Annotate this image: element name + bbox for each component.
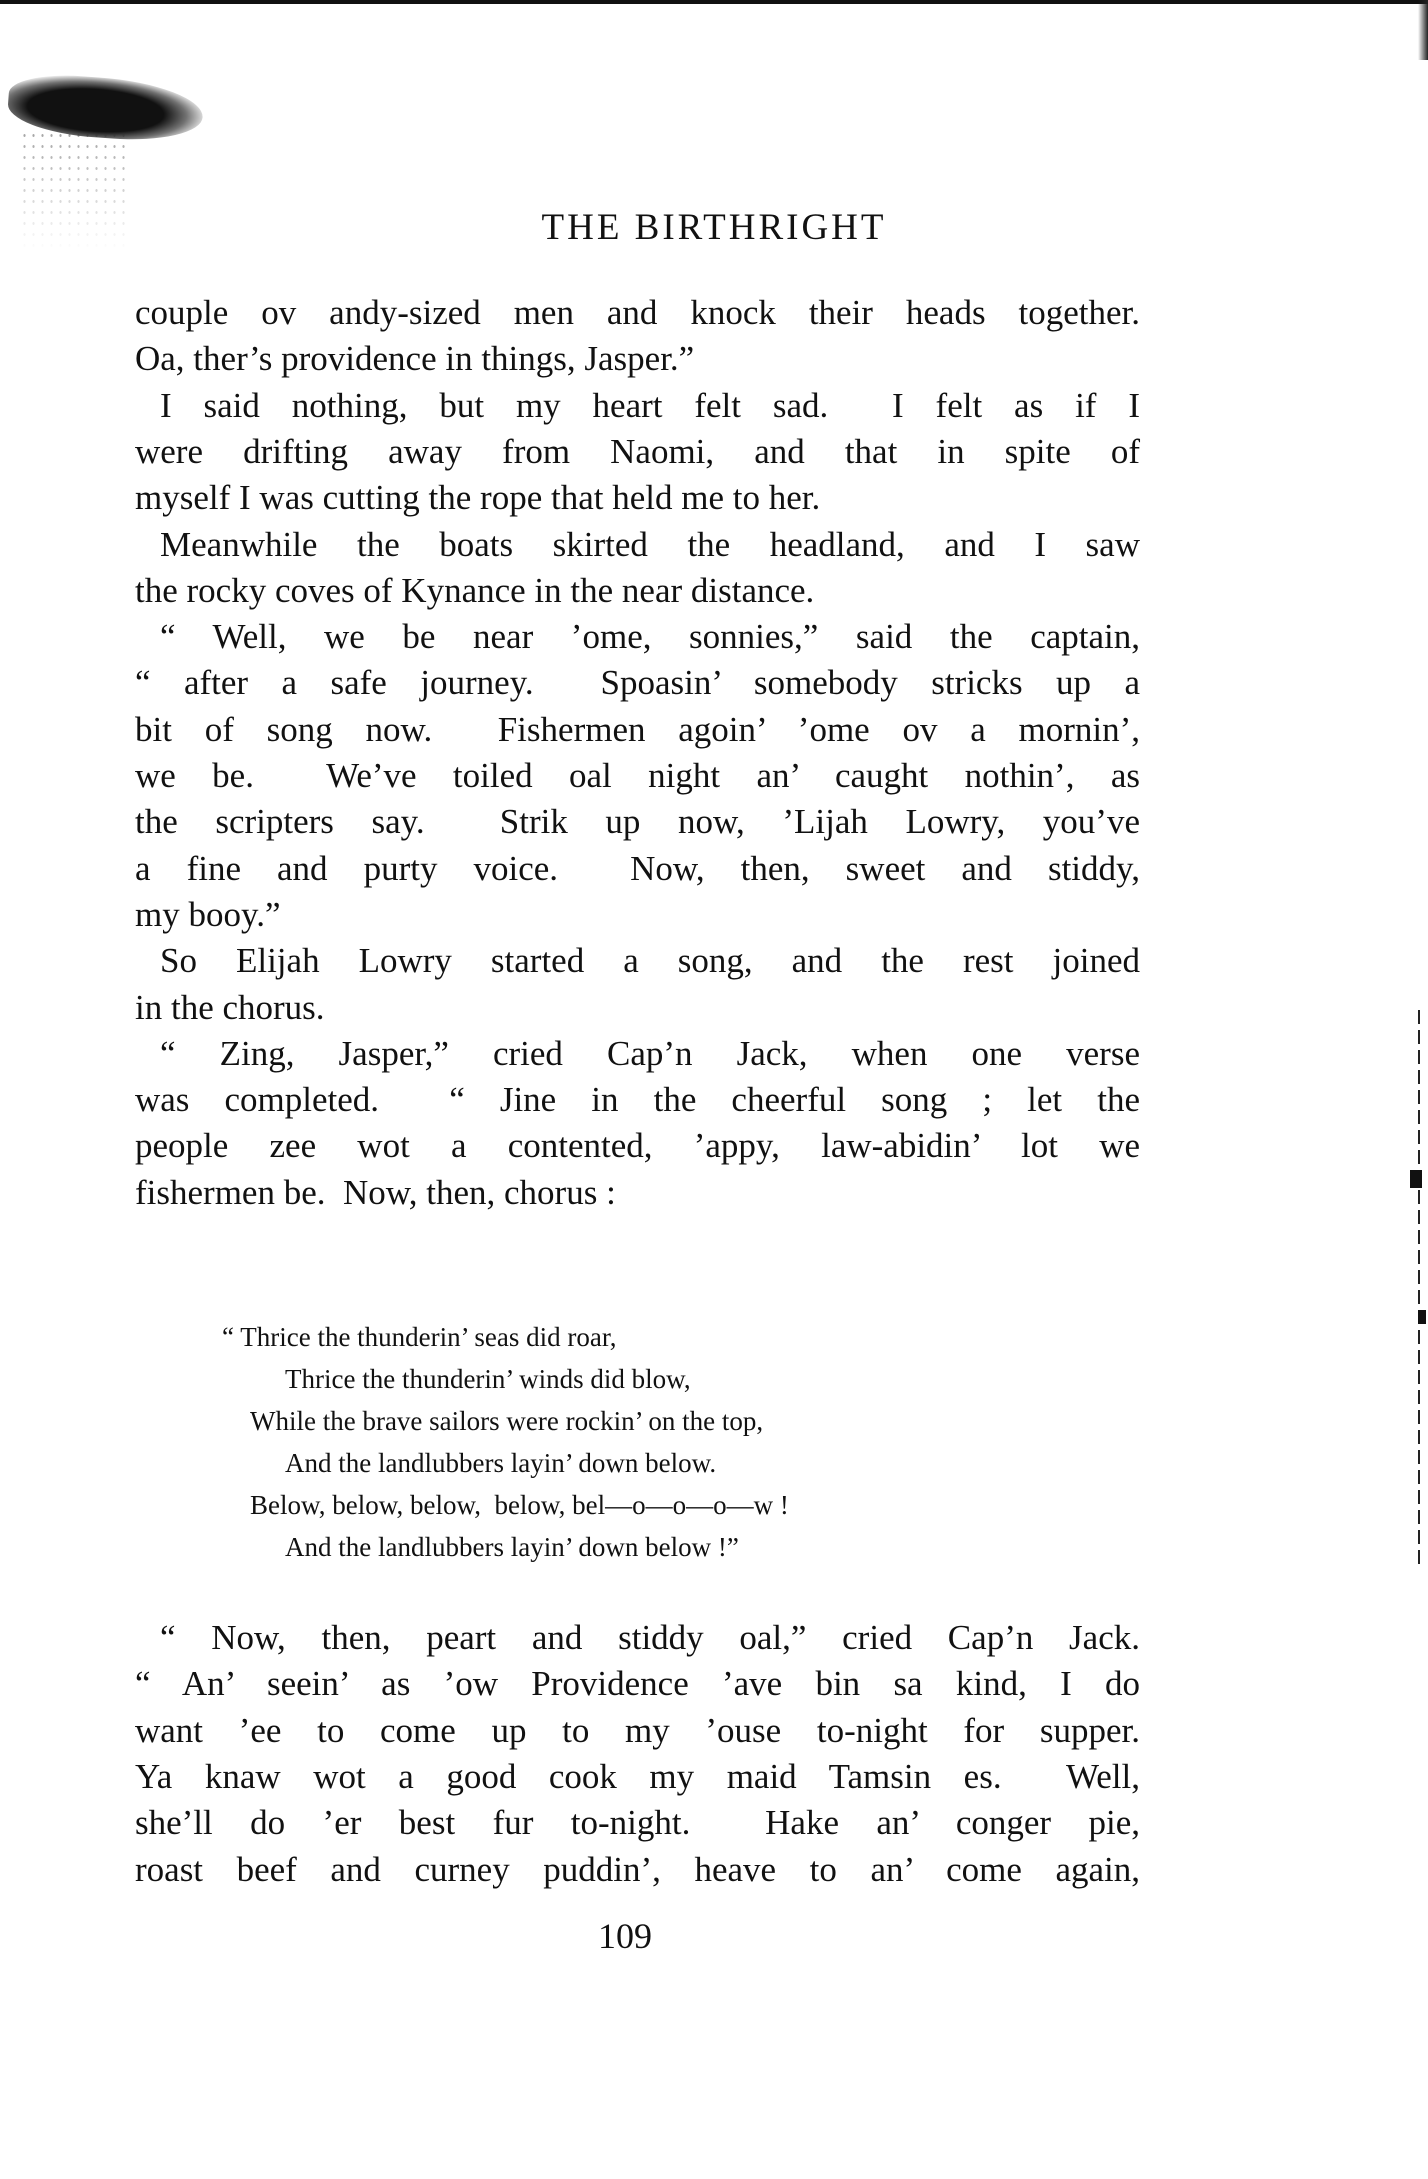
text-line: were drifting away from Naomi, and that … bbox=[135, 429, 1140, 475]
scan-smudge bbox=[1418, 1310, 1426, 1324]
text-line: “ Now, then, peart and stiddy oal,” crie… bbox=[160, 1615, 1140, 1661]
text-line: “ An’ seein’ as ’ow Providence ’ave bin … bbox=[135, 1661, 1140, 1707]
text-line: my booy.” bbox=[135, 892, 1140, 938]
scan-smudge bbox=[1410, 1170, 1422, 1188]
text-line: Oa, ther’s providence in things, Jasper.… bbox=[135, 336, 1140, 382]
text-line: So Elijah Lowry started a song, and the … bbox=[160, 938, 1140, 984]
verse-line: And the landlubbers layin’ down below. bbox=[285, 1442, 716, 1484]
verse-line: “ Thrice the thunderin’ seas did roar, bbox=[222, 1316, 617, 1358]
verse-line: While the brave sailors were rockin’ on … bbox=[250, 1400, 763, 1442]
text-line: in the chorus. bbox=[135, 985, 1140, 1031]
text-line: couple ov andy-sized men and knock their… bbox=[135, 290, 1140, 336]
text-line: people zee wot a contented, ’appy, law-a… bbox=[135, 1123, 1140, 1169]
scan-corner-shadow bbox=[1418, 0, 1428, 60]
page-number: 109 bbox=[0, 1915, 1250, 1957]
text-line: fishermen be. Now, then, chorus : bbox=[135, 1170, 1140, 1216]
text-line: the scripters say. Strik up now, ’Lijah … bbox=[135, 799, 1140, 845]
scan-top-edge bbox=[0, 0, 1428, 4]
text-line: was completed. “ Jine in the cheerful so… bbox=[135, 1077, 1140, 1123]
verse-line: And the landlubbers layin’ down below !” bbox=[285, 1526, 739, 1568]
scan-right-edge bbox=[1418, 1010, 1420, 1570]
text-line: the rocky coves of Kynance in the near d… bbox=[135, 568, 1140, 614]
running-head: THE BIRTHRIGHT bbox=[0, 206, 1428, 249]
text-line: “ Well, we be near ’ome, sonnies,” said … bbox=[160, 614, 1140, 660]
text-line: “ after a safe journey. Spoasin’ somebod… bbox=[135, 660, 1140, 706]
text-line: we be. We’ve toiled oal night an’ caught… bbox=[135, 753, 1140, 799]
text-line: myself I was cutting the rope that held … bbox=[135, 475, 1140, 521]
text-line: I said nothing, but my heart felt sad. I… bbox=[160, 383, 1140, 429]
book-page: THE BIRTHRIGHT couple ov andy-sized men … bbox=[0, 0, 1428, 2179]
text-line: a fine and purty voice. Now, then, sweet… bbox=[135, 846, 1140, 892]
text-line: bit of song now. Fishermen agoin’ ’ome o… bbox=[135, 707, 1140, 753]
text-line: Meanwhile the boats skirted the headland… bbox=[160, 522, 1140, 568]
text-line: Ya knaw wot a good cook my maid Tamsin e… bbox=[135, 1754, 1140, 1800]
text-line: roast beef and curney puddin’, heave to … bbox=[135, 1847, 1140, 1893]
text-line: “ Zing, Jasper,” cried Cap’n Jack, when … bbox=[160, 1031, 1140, 1077]
verse-line: Thrice the thunderin’ winds did blow, bbox=[285, 1358, 691, 1400]
text-line: want ’ee to come up to my ’ouse to-night… bbox=[135, 1708, 1140, 1754]
verse-line: Below, below, below, below, bel—o—o—o—w … bbox=[250, 1484, 789, 1526]
text-line: she’ll do ’er best fur to-night. Hake an… bbox=[135, 1800, 1140, 1846]
